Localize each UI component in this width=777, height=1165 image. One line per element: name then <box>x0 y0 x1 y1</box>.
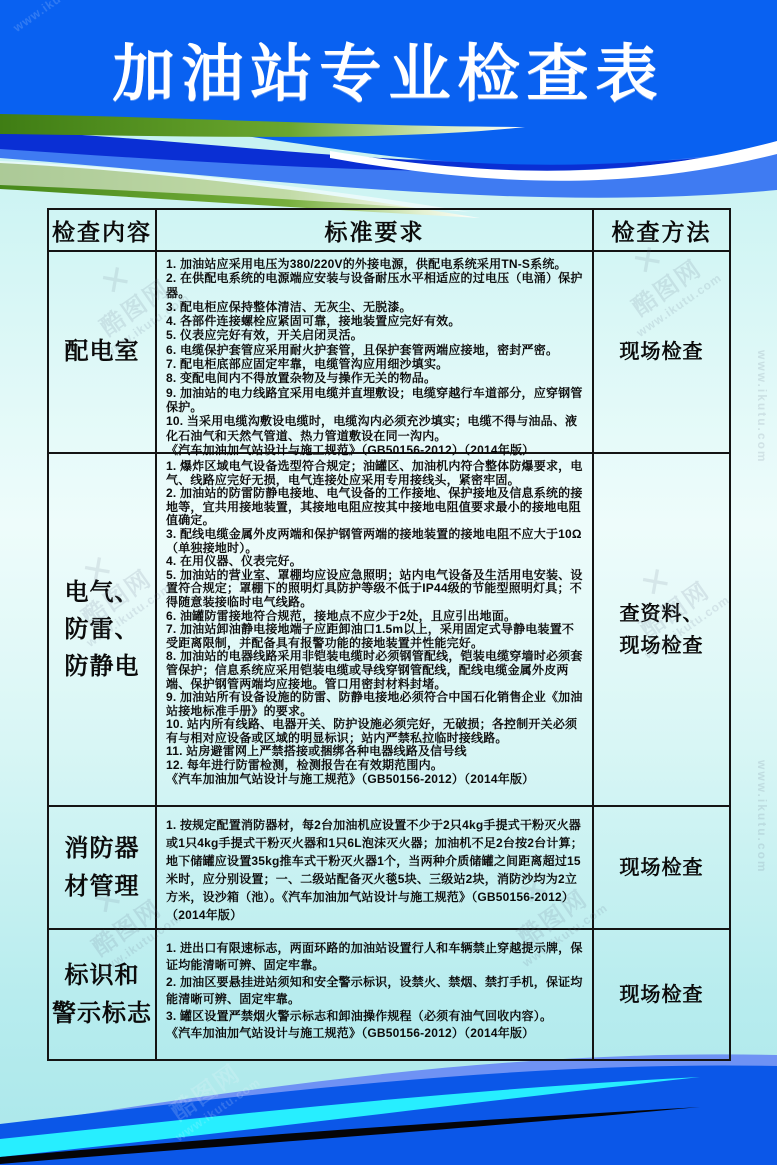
col-header-inspection-content: 检查内容 <box>49 210 157 252</box>
row-requirements-fire-equipment-management: 1. 按规定配置消防器材，每2台加油机应设置不少于2只4kg手提式干粉灭火器或1… <box>157 807 594 930</box>
row-method-fire-equipment-management: 现场检查 <box>594 807 729 930</box>
poster-title: 加油站专业检查表 <box>0 24 777 113</box>
row-category-fire-equipment-management: 消防器 材管理 <box>49 807 157 930</box>
watermark-vertical-url: www.ikutu.com <box>755 760 769 874</box>
watermark-vertical-url: www.ikutu.com <box>755 350 769 464</box>
row-category-power-distribution-room: 配电室 <box>49 252 157 454</box>
col-header-standard-requirements: 标准要求 <box>157 210 594 252</box>
row-requirements-electrical-lightning-antistatic: 1. 爆炸区域电气设备选型符合规定；油罐区、加油机内符合整体防爆要求，电气、线路… <box>157 454 594 807</box>
row-method-signs-and-warnings: 现场检查 <box>594 930 729 1059</box>
row-method-electrical-lightning-antistatic: 查资料、 现场检查 <box>594 454 729 807</box>
row-category-signs-and-warnings: 标识和 警示标志 <box>49 930 157 1059</box>
footer-wave-decoration <box>0 1045 777 1165</box>
poster-root: { "title": "加油站专业检查表", "watermark": { "b… <box>0 0 777 1165</box>
col-header-inspection-method: 检查方法 <box>594 210 729 252</box>
inspection-table: 检查内容 标准要求 检查方法 配电室 1. 加油站应采用电压为380/220V的… <box>47 208 731 1061</box>
row-category-electrical-lightning-antistatic: 电气、 防雷、 防静电 <box>49 454 157 807</box>
row-requirements-signs-and-warnings: 1. 进出口有限速标志，两面环路的加油站设置行人和车辆禁止穿越提示牌，保证均能清… <box>157 930 594 1059</box>
row-method-power-distribution-room: 现场检查 <box>594 252 729 454</box>
row-requirements-power-distribution-room: 1. 加油站应采用电压为380/220V的外接电源，供配电系统采用TN-S系统。… <box>157 252 594 454</box>
